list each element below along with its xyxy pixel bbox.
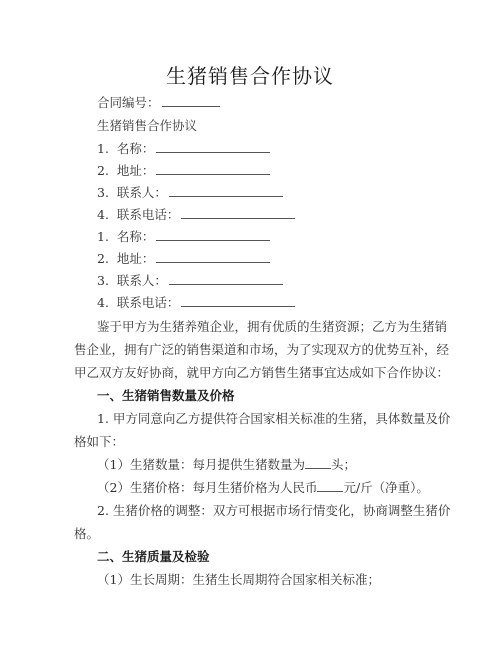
item-text: 头；: [331, 457, 356, 472]
field-label: 联系电话：: [117, 295, 180, 310]
party-a-name-blank[interactable]: [156, 141, 270, 153]
clause-1-line-1: 1. 甲方同意向乙方提供符合国家相关标准的生猪，具体数量及价: [97, 411, 450, 427]
field-label: 名称：: [117, 229, 155, 244]
party-a-name-row: 1. 名称：: [97, 141, 270, 157]
party-b-contact-blank[interactable]: [169, 273, 283, 285]
party-b-address-row: 2. 地址：: [97, 251, 270, 267]
preamble-line-1: 鉴于甲方为生猪养殖企业，拥有优质的生猪资源；乙方为生猪销: [97, 319, 447, 335]
party-b-name-row: 1. 名称：: [97, 229, 270, 245]
section-2-heading: 二、生猪质量及检验: [97, 549, 210, 565]
preamble-line-3: 甲乙双方友好协商，就甲方向乙方销售生猪事宜达成如下合作协议：: [74, 365, 449, 381]
item-number: 1.: [97, 141, 109, 156]
party-a-phone-row: 4. 联系电话：: [97, 207, 295, 223]
party-a-phone-blank[interactable]: [181, 207, 295, 219]
document-page: 生猪销售合作协议 合同编号： 生猪销售合作协议 1. 名称： 2. 地址： 3.…: [0, 0, 500, 647]
field-label: 联系人：: [117, 273, 167, 288]
item-number: 4.: [97, 295, 109, 310]
document-title: 生猪销售合作协议: [0, 60, 500, 89]
document-subtitle: 生猪销售合作协议: [97, 118, 197, 134]
item-number: 3.: [97, 185, 109, 200]
field-label: 联系人：: [117, 185, 167, 200]
party-b-phone-blank[interactable]: [181, 295, 295, 307]
section-1-heading: 一、生猪销售数量及价格: [97, 388, 235, 404]
quantity-blank[interactable]: [305, 458, 331, 469]
item-text: （1）生猪数量：每月提供生猪数量为: [97, 457, 305, 472]
party-a-address-row: 2. 地址：: [97, 163, 270, 179]
party-a-contact-row: 3. 联系人：: [97, 185, 283, 201]
item-number: 2.: [97, 251, 109, 266]
contract-number-label: 合同编号：: [97, 95, 160, 110]
field-label: 地址：: [117, 251, 155, 266]
party-b-name-blank[interactable]: [156, 229, 270, 241]
party-b-contact-row: 3. 联系人：: [97, 273, 283, 289]
clause-2-line-2: 格。: [74, 526, 99, 542]
party-a-address-blank[interactable]: [156, 163, 270, 175]
item-number: 2.: [97, 163, 109, 178]
clause-2-line-1: 2. 生猪价格的调整：双方可根据市场行情变化，协商调整生猪价: [97, 503, 450, 519]
field-label: 名称：: [117, 141, 155, 156]
item-text: 元/斤（净重）。: [343, 480, 428, 495]
section-2-item-1: （1）生长周期：生猪生长周期符合国家相关标准；: [97, 572, 380, 588]
price-blank[interactable]: [317, 481, 343, 492]
contract-number-row: 合同编号：: [97, 95, 220, 111]
party-b-phone-row: 4. 联系电话：: [97, 295, 295, 311]
item-number: 3.: [97, 273, 109, 288]
contract-number-blank[interactable]: [162, 95, 220, 107]
preamble-line-2: 售企业，拥有广泛的销售渠道和市场，为了实现双方的优势互补，经: [74, 342, 449, 358]
clause-1-line-2: 格如下：: [74, 434, 124, 450]
item-text: （2）生猪价格：每月生猪价格为人民币: [97, 480, 317, 495]
item-number: 4.: [97, 207, 109, 222]
item-number: 1.: [97, 229, 109, 244]
field-label: 联系电话：: [117, 207, 180, 222]
item-pig-price: （2）生猪价格：每月生猪价格为人民币元/斤（净重）。: [97, 480, 429, 496]
party-b-address-blank[interactable]: [156, 251, 270, 263]
party-a-contact-blank[interactable]: [169, 185, 283, 197]
item-pig-quantity: （1）生猪数量：每月提供生猪数量为头；: [97, 457, 356, 473]
field-label: 地址：: [117, 163, 155, 178]
